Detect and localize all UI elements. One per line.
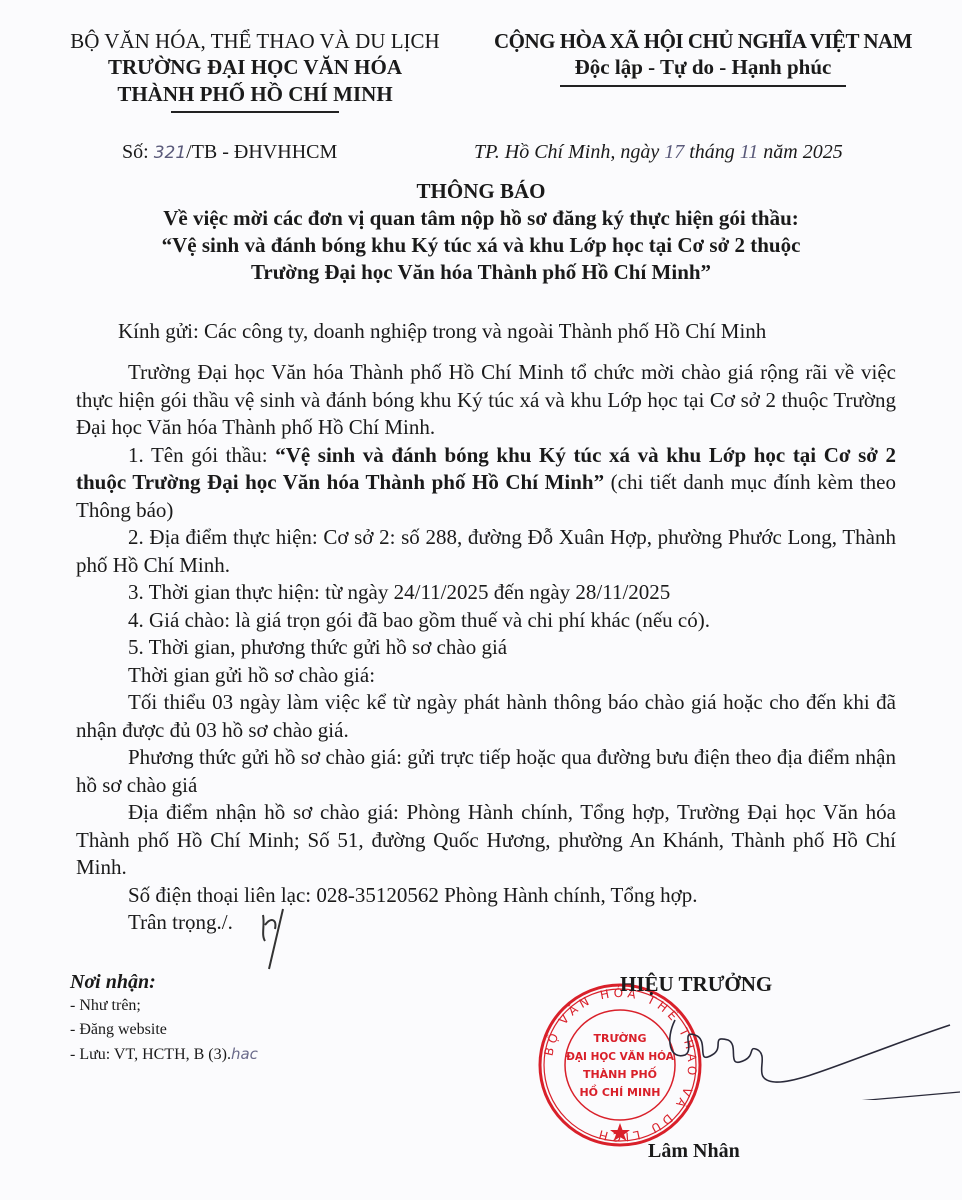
document-number: Số: 321/TB - ĐHVHHCM — [122, 141, 337, 164]
signer-title: HIỆU TRƯỞNG — [620, 972, 772, 997]
notice-heading: THÔNG BÁO — [0, 178, 962, 205]
header-right-underline — [560, 85, 846, 87]
doc-number-suffix: /TB - ĐHVHHCM — [186, 141, 337, 163]
item-1-label: 1. Tên gói thầu: — [128, 443, 275, 467]
recipient-item-text: - Lưu: VT, HCTH, B (3). — [70, 1046, 231, 1063]
location-text: Địa điểm nhận hồ sơ chào giá: Phòng Hành… — [76, 799, 896, 882]
date-month: 11 — [740, 141, 759, 163]
item-4: 4. Giá chào: là giá trọn gói đã bao gồm … — [76, 607, 896, 635]
item-2: 2. Địa điểm thực hiện: Cơ sở 2: số 288, … — [76, 524, 896, 579]
item-5: 5. Thời gian, phương thức gửi hồ sơ chào… — [76, 634, 896, 662]
national-motto: Độc lập - Tự do - Hạnh phúc — [458, 54, 948, 81]
nation-name: CỘNG HÒA XÃ HỘI CHỦ NGHĨA VIỆT NAM — [458, 28, 948, 54]
signer-name: Lâm Nhân — [648, 1140, 740, 1163]
item-1: 1. Tên gói thầu: “Vệ sinh và đánh bóng k… — [76, 442, 896, 525]
document-page: BỘ VĂN HÓA, THỂ THAO VÀ DU LỊCH TRƯỜNG Đ… — [0, 0, 962, 1200]
initials-scribble: hac — [231, 1045, 258, 1063]
doc-number-handwritten: 321 — [154, 143, 186, 163]
recipient-line: Kính gửi: Các công ty, doanh nghiệp tron… — [118, 319, 766, 344]
phone-text: Số điện thoại liên lạc: 028-35120562 Phò… — [76, 882, 896, 910]
notice-subject-line1: Về việc mời các đơn vị quan tâm nộp hồ s… — [0, 205, 962, 232]
school-name-line1: TRƯỜNG ĐẠI HỌC VĂN HÓA — [40, 54, 470, 81]
date-year: năm 2025 — [758, 141, 842, 163]
recipient-item: - Như trên; — [70, 994, 258, 1018]
item-3: 3. Thời gian thực hiện: từ ngày 24/11/20… — [76, 579, 896, 607]
notice-subject-line2: “Vệ sinh và đánh bóng khu Ký túc xá và k… — [0, 232, 962, 259]
doc-number-prefix: Số: — [122, 141, 154, 163]
date-day: 17 — [664, 141, 684, 163]
notice-title-block: THÔNG BÁO Về việc mời các đơn vị quan tâ… — [0, 178, 962, 286]
recipient-item: - Đăng website — [70, 1018, 258, 1042]
school-name-line2: THÀNH PHỐ HỒ CHÍ MINH — [40, 81, 470, 108]
ministry-name: BỘ VĂN HÓA, THỂ THAO VÀ DU LỊCH — [40, 28, 470, 54]
notice-body: Trường Đại học Văn hóa Thành phố Hồ Chí … — [76, 359, 896, 937]
date-month-label: tháng — [684, 141, 740, 163]
notice-subject-line3: Trường Đại học Văn hóa Thành phố Hồ Chí … — [0, 259, 962, 286]
recipients-block: Nơi nhận: - Như trên; - Đăng website - L… — [70, 970, 258, 1067]
time-label: Thời gian gửi hồ sơ chào giá: — [76, 662, 896, 690]
recipients-label: Nơi nhận: — [70, 970, 258, 994]
national-heading: CỘNG HÒA XÃ HỘI CHỦ NGHĨA VIỆT NAM Độc l… — [458, 28, 948, 87]
issuing-authority: BỘ VĂN HÓA, THỂ THAO VÀ DU LỊCH TRƯỜNG Đ… — [40, 28, 470, 113]
document-date: TP. Hồ Chí Minh, ngày 17 tháng 11 năm 20… — [474, 141, 843, 164]
initial-mark-icon — [255, 905, 295, 975]
closing-text: Trân trọng./. — [76, 909, 896, 937]
svg-text:TRƯỜNG: TRƯỜNG — [593, 1032, 646, 1045]
method-text: Phương thức gửi hồ sơ chào giá: gửi trực… — [76, 744, 896, 799]
time-text: Tối thiểu 03 ngày làm việc kể từ ngày ph… — [76, 689, 896, 744]
recipient-item: - Lưu: VT, HCTH, B (3).hac — [70, 1042, 258, 1067]
signature-scribble-icon — [640, 1010, 960, 1100]
header-left-underline — [171, 111, 339, 113]
intro-paragraph: Trường Đại học Văn hóa Thành phố Hồ Chí … — [76, 359, 896, 442]
date-place: TP. Hồ Chí Minh, ngày — [474, 141, 664, 163]
